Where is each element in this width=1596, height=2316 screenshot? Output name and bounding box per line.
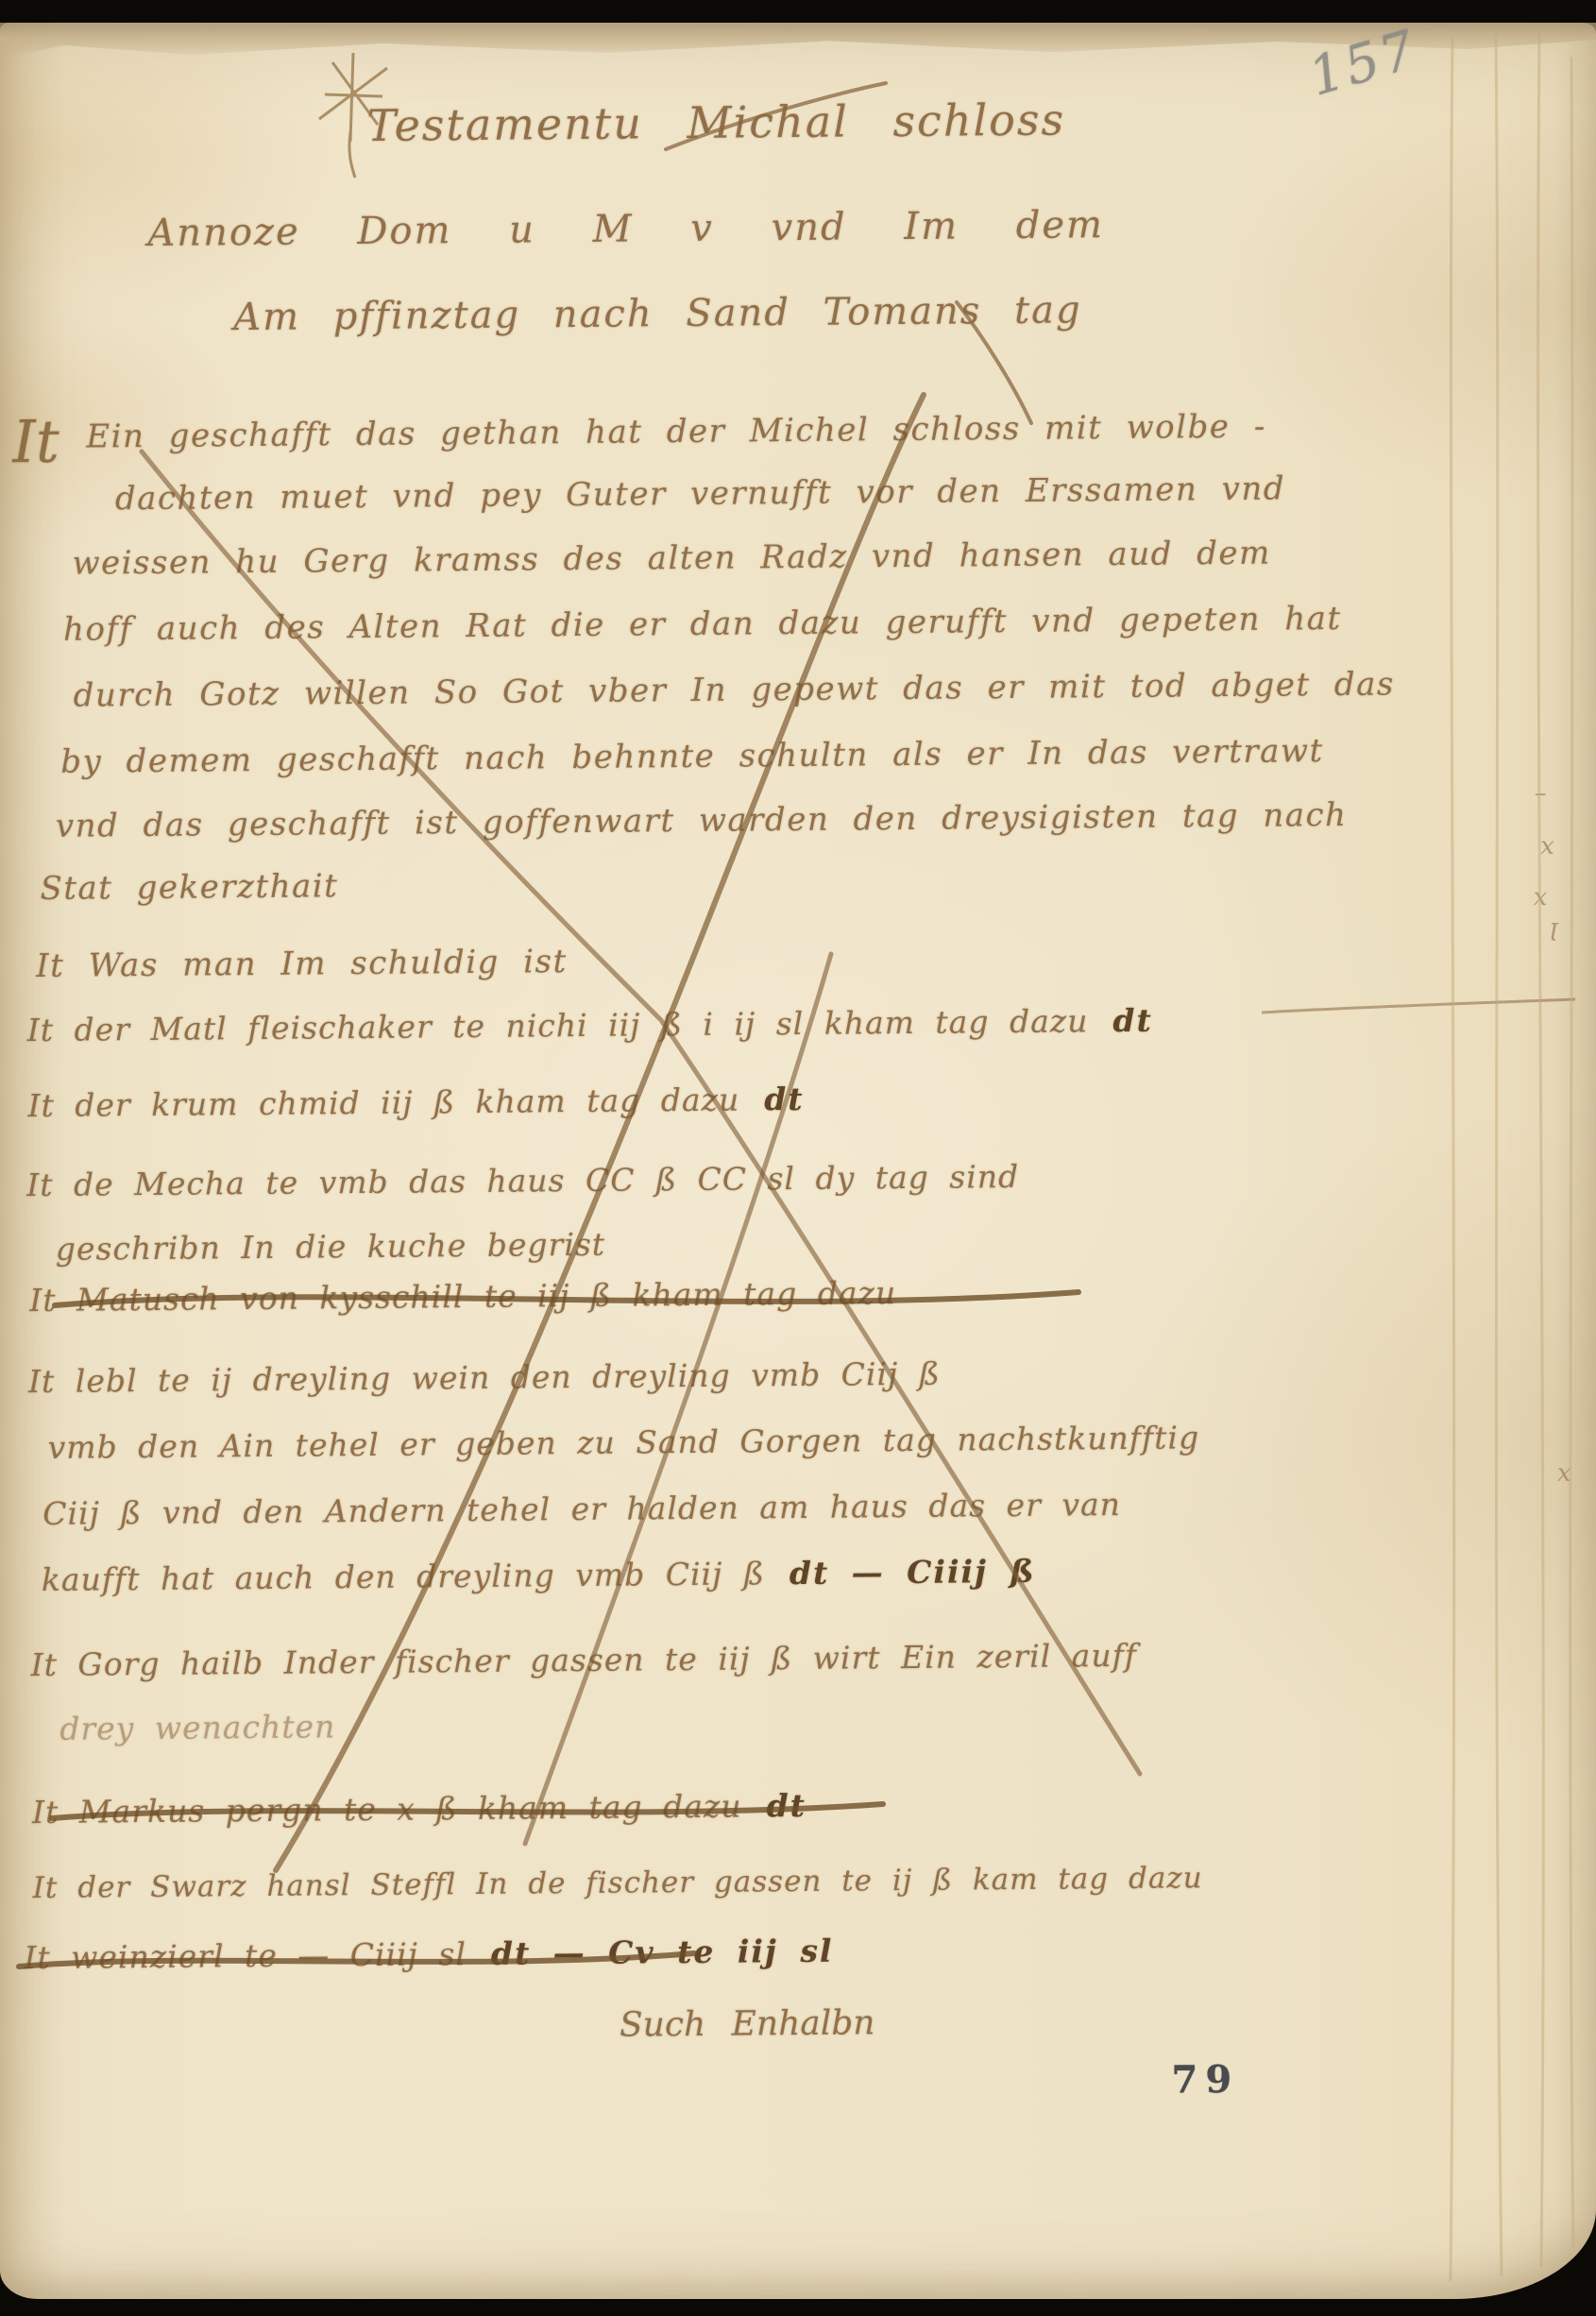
debt-item-text: Ciij ß vnd den Andern tehel er halden am… [42, 1486, 1121, 1532]
paragraph-line: dachten muet vnd pey Guter vernufft vor … [115, 469, 1286, 518]
date-line: Annoze Dom u M v vnd Im dem [147, 203, 1104, 255]
margin-mark: x [1540, 832, 1554, 860]
handwriting-layer: 157 Testamentu Michal schloss Annoze Dom… [0, 0, 1596, 2316]
paragraph-mark: It [12, 407, 59, 476]
paid-mark: dt [1112, 1002, 1153, 1039]
margin-mark: Ɩ [1549, 919, 1559, 947]
paragraph-line: weissen hu Gerg kramss des alten Radz vn… [72, 535, 1271, 583]
debt-item: vmb den Ain tehel er geben zu Sand Gorge… [47, 1419, 1224, 1466]
debt-item-text: It der Swarz hansl Steffl In de fischer … [33, 1861, 1203, 1905]
paragraph-line: Stat gekerzthait [40, 867, 338, 908]
paid-mark: dt [764, 1081, 805, 1117]
debt-item-text: It weinzierl te — Ciiij sl [24, 1935, 467, 1976]
pencil-folio-number: 157 [1302, 19, 1425, 109]
manuscript-photo: 157 Testamentu Michal schloss Annoze Dom… [0, 0, 1596, 2316]
debt-item: It der krum chmid iij ß kham tag dazudt [27, 1081, 804, 1124]
debt-item: kaufft hat auch den dreyling vmb Ciij ßd… [42, 1553, 1036, 1598]
debt-item: It der Matl fleischaker te nichi iij ß i… [27, 1002, 1153, 1048]
page-title: Testamentu Michal schloss [366, 94, 1065, 150]
paid-mark: dt — Cv te iij sl [491, 1933, 834, 1972]
margin-mark: x [1533, 883, 1547, 911]
debt-item-text: It lebl te ij dreyling wein den dreyling… [28, 1355, 941, 1400]
debt-item-text: vmb den Ain tehel er geben zu Sand Gorge… [47, 1419, 1199, 1466]
paragraph-line: hoff auch des Alten Rat die er dan dazu … [63, 600, 1342, 649]
paragraph-line: Ein geschafft das gethan hat der Michel … [86, 408, 1266, 456]
debt-item-text: It Gorg hailb Inder fischer gassen te ii… [30, 1637, 1137, 1683]
margin-mark: x [1557, 1459, 1571, 1488]
debt-item-text: kaufft hat auch den dreyling vmb Ciij ß [42, 1555, 765, 1598]
paragraph-line: vnd das geschafft ist goffenwart warden … [56, 796, 1348, 845]
debt-item-text: geschribn In die kuche begrist [56, 1226, 606, 1268]
debt-item: geschribn In die kuche begrist [56, 1226, 631, 1268]
debt-item-text: It der krum chmid iij ß kham tag dazu [27, 1081, 739, 1125]
debt-item: It Gorg hailb Inder fischer gassen te ii… [30, 1637, 1162, 1683]
closing-note: Such Enhalbn [620, 2003, 875, 2044]
debt-item-text: drey wenachten [59, 1708, 335, 1747]
paragraph-line: durch Gotz willen So Got vber In gepewt … [74, 665, 1395, 714]
stamped-folio-number: 79 [1171, 2057, 1239, 2103]
debt-item-struck: It Matusch von kysschill te iij ß kham t… [29, 1274, 921, 1319]
debt-item: It de Mecha te vmb das haus CC ß CC sl d… [26, 1158, 1044, 1203]
debt-item-struck: It Markus pergn te x ß kham tag dazudt [32, 1787, 806, 1831]
debts-header: It Was man Im schuldig ist [36, 943, 568, 985]
paid-mark: dt [766, 1787, 806, 1824]
debt-item-text: It de Mecha te vmb das haus CC ß CC sl d… [26, 1158, 1019, 1203]
debt-item: It lebl te ij dreyling wein den dreyling… [28, 1354, 965, 1400]
date-line: Am pffinztag nach Sand Tomans tag [233, 288, 1082, 339]
debt-item-text: It der Matl fleischaker te nichi iij ß i… [27, 1002, 1089, 1048]
debt-item-text: It Matusch von kysschill te iij ß kham t… [29, 1274, 896, 1319]
debt-item: It der Swarz hansl Steffl In de fischer … [33, 1861, 1228, 1905]
paragraph-line: by demem geschafft nach behnnte schultn … [60, 732, 1324, 781]
debt-item-struck: It weinzierl te — Ciiij sldt — Cv te iij… [24, 1933, 833, 1976]
debt-item-text: It Markus pergn te x ß kham tag dazu [32, 1788, 742, 1831]
debt-item: drey wenachten [59, 1708, 360, 1747]
debt-item: Ciij ß vnd den Andern tehel er halden am… [42, 1486, 1146, 1532]
margin-mark: – [1535, 779, 1547, 808]
paid-mark: dt — Ciiij ß [790, 1553, 1036, 1592]
